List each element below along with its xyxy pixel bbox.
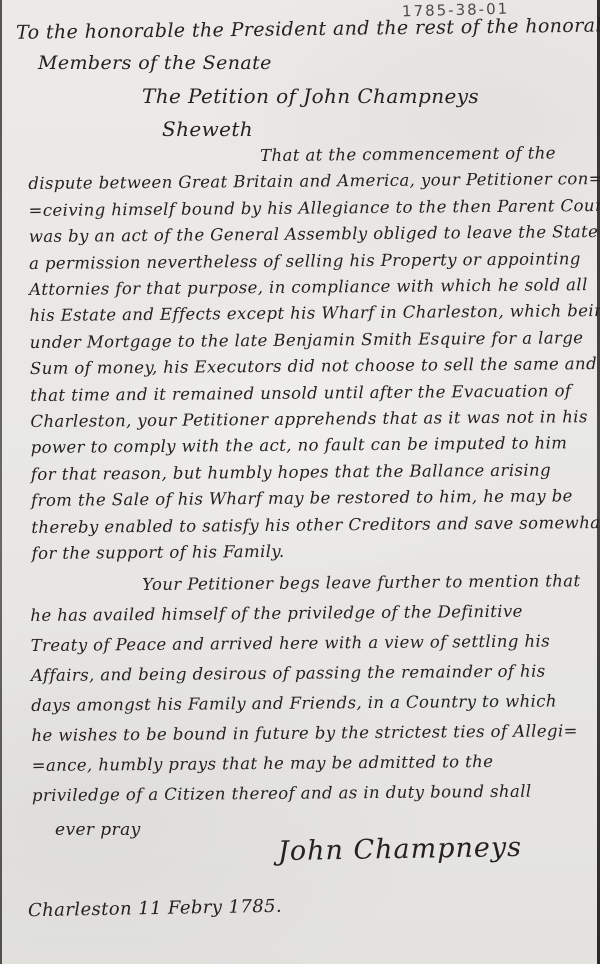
address-line-2: Members of the Senate: [38, 52, 272, 74]
address-line-1: To the honorable the President and the r…: [16, 14, 600, 43]
petition-document-page: 1785-38-01 To the honorable the Presiden…: [0, 0, 600, 964]
petition-line: Your Petitioner begs leave further to me…: [30, 566, 592, 601]
petition-line: =ance, humbly prays that he may be admit…: [32, 746, 594, 781]
petition-line: thereby enabled to satisfy his other Cre…: [31, 510, 597, 541]
scan-edge-left: [0, 0, 2, 964]
petition-paragraph-1: That at the commencement of thedispute b…: [28, 140, 598, 567]
sheweth-heading: Sheweth: [162, 117, 253, 141]
petition-line: Affairs, and being desirous of passing t…: [31, 656, 593, 691]
signature: John Champneys: [278, 832, 522, 867]
petition-line: he has availed himself of the priviledge…: [30, 596, 592, 631]
petition-title: The Petition of John Champneys: [142, 84, 479, 108]
petition-line: for the support of his Family.: [31, 536, 597, 567]
closing-line: ever pray: [55, 820, 141, 840]
petition-line: Treaty of Peace and arrived here with a …: [31, 626, 593, 661]
petition-line: he wishes to be bound in future by the s…: [31, 716, 593, 751]
petition-line: days amongst his Family and Friends, in …: [31, 686, 593, 721]
petition-paragraph-2: Your Petitioner begs leave further to me…: [30, 566, 594, 811]
dateline: Charleston 11 Febry 1785.: [28, 896, 282, 921]
petition-line: priviledge of a Citizen thereof and as i…: [32, 776, 594, 811]
